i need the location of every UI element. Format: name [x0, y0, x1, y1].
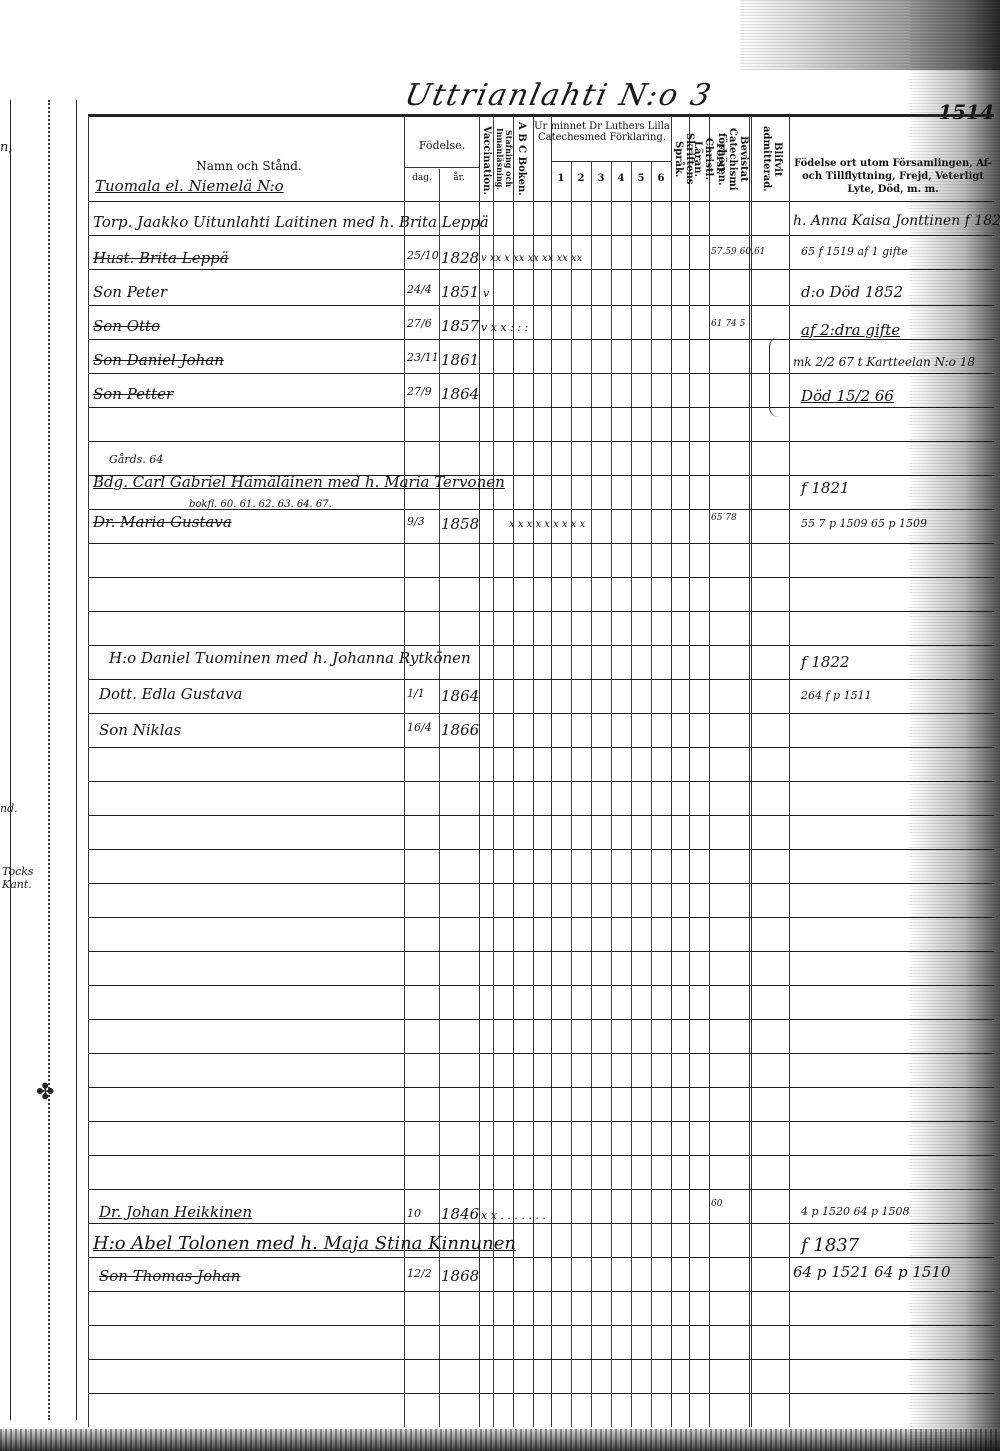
entry-birth-year: 1866	[441, 721, 479, 739]
row-rule	[89, 201, 994, 202]
entry-birth-day: 27/9	[407, 385, 432, 398]
scan-artifact-top	[740, 0, 1000, 70]
row-rule	[89, 883, 994, 884]
entry-examinations: 60	[711, 1199, 722, 1209]
row-rule	[89, 849, 994, 850]
row-rule	[89, 235, 994, 236]
col-header-vaccination: Vaccination.	[481, 123, 492, 197]
entry-birth-day: 25/10	[407, 249, 439, 262]
entry-birth-day: 10	[407, 1207, 421, 1220]
entry-birth-year: 1868	[441, 1267, 479, 1285]
row-rule	[89, 543, 994, 544]
entry-marks: x x . . . . . . .	[481, 1209, 546, 1222]
entry-birth-day: 12/2	[407, 1267, 432, 1280]
catechism-part-6: 6	[651, 173, 671, 184]
col-divider	[551, 117, 552, 1427]
row-rule	[89, 269, 994, 270]
entry-note: Gårds. 64	[109, 453, 163, 466]
entry-birth-year: 1864	[441, 385, 479, 403]
header-rule	[404, 167, 479, 168]
col-divider	[749, 117, 752, 1427]
row-rule	[89, 645, 994, 646]
row-rule	[89, 1359, 994, 1360]
row-rule	[89, 1087, 994, 1088]
catechism-part-3: 3	[591, 173, 611, 184]
col-divider	[513, 117, 514, 1427]
entry-remarks: 64 p 1521 64 p 1510	[793, 1263, 951, 1281]
margin-note: Tocks Kant.	[2, 865, 32, 891]
entry-note: bokfl. 60. 61. 62. 63. 64. 67.	[189, 499, 332, 510]
entry-remarks: 4 p 1520 64 p 1508	[801, 1205, 910, 1218]
entry-remarks: 55 7 p 1509 65 p 1509	[801, 517, 927, 530]
entry-name: H:o Daniel Tuominen med h. Johanna Rytkö…	[109, 649, 471, 667]
header-rule	[551, 161, 671, 162]
entry-remarks: f 1822	[801, 653, 850, 671]
row-rule	[89, 679, 994, 680]
catechism-part-2: 2	[571, 173, 591, 184]
col-divider	[651, 162, 652, 1427]
scan-artifact-bottom	[0, 1429, 1000, 1451]
household-heading: Tuomala el. Niemelä N:o	[95, 177, 284, 195]
row-rule	[89, 815, 994, 816]
col-header-examinations: Bevistat Catechismi förhören.	[716, 121, 749, 197]
binding-rule	[48, 100, 50, 1420]
entry-name: Son Niklas	[99, 721, 181, 739]
entry-remarks: f 1837	[801, 1235, 859, 1256]
entry-birth-year: 1857	[441, 317, 479, 335]
row-rule	[89, 1019, 994, 1020]
entry-examinations: 65 78	[711, 513, 737, 523]
catechism-part-1: 1	[551, 173, 571, 184]
col-header-year: år.	[441, 173, 477, 183]
entry-name: Hust. Brita Leppä	[93, 249, 229, 267]
row-rule	[89, 373, 994, 374]
margin-note: nd.	[0, 802, 18, 815]
col-header-catechism: Ur minnet Dr Luthers Lilla Catechesmed F…	[533, 121, 671, 143]
row-rule	[89, 1257, 994, 1258]
row-rule	[89, 611, 994, 612]
entry-remarks: d:o Död 1852	[801, 283, 903, 301]
entry-marks: v xx x xx xx xx xx xx	[481, 253, 582, 264]
row-rule	[89, 917, 994, 918]
col-divider	[533, 117, 534, 1427]
row-rule	[89, 1189, 994, 1190]
entry-name: Son Daniel Johan	[93, 351, 224, 369]
row-rule	[89, 1291, 994, 1292]
col-divider	[709, 117, 710, 1427]
ink-blot: ✤	[36, 1080, 54, 1105]
entry-name: Son Peter	[93, 283, 167, 301]
entry-examinations: 57.59 60.61	[711, 247, 765, 257]
col-header-day: dag.	[407, 173, 437, 183]
entry-remarks: mk 2/2 67 t Kartteelan N:o 18	[793, 355, 975, 369]
edge-rule	[10, 100, 11, 1420]
entry-birth-year: 1858	[441, 515, 479, 533]
edge-rule	[76, 100, 77, 1420]
entry-name: Son Petter	[93, 385, 173, 403]
entry-birth-year: 1861	[441, 351, 479, 369]
col-header-birth: Födelse.	[407, 139, 477, 152]
entry-remarks: 264 f p 1511	[801, 689, 872, 702]
entry-birth-day: 1/1	[407, 687, 425, 700]
entry-name: H:o Abel Tolonen med h. Maja Stina Kinnu…	[93, 1233, 516, 1254]
row-rule	[89, 747, 994, 748]
col-divider	[493, 117, 494, 1427]
entry-name: Torp. Jaakko Uitunlahti Laitinen med h. …	[93, 213, 489, 231]
entry-birth-day: 23/11	[407, 351, 439, 364]
entry-name: Son Otto	[93, 317, 160, 335]
row-rule	[89, 713, 994, 714]
col-header-name: Namn och Stånd.	[169, 159, 329, 173]
margin-note: n,	[0, 140, 13, 155]
entry-examinations: 61 74 5	[711, 319, 745, 329]
col-divider	[671, 117, 672, 1427]
entry-marks: v x x : : :	[481, 321, 528, 334]
entry-birth-day: 27/6	[407, 317, 432, 330]
entry-birth-year: 1851	[441, 283, 479, 301]
entry-name: Son Thomas Johan	[99, 1267, 240, 1285]
previous-page-edge: n, nd. Tocks Kant. ✤	[0, 100, 90, 1420]
entry-birth-day: 24/4	[407, 283, 432, 296]
col-header-reading: Stafning och Innanläsning.	[495, 121, 513, 197]
row-rule	[89, 577, 994, 578]
entry-remarks: af 2:dra gifte	[801, 321, 900, 339]
col-divider	[789, 117, 790, 1427]
catechism-part-5: 5	[631, 173, 651, 184]
entry-marks: x x x x x x x x x	[509, 519, 585, 530]
row-rule	[89, 339, 994, 340]
col-divider	[591, 162, 592, 1427]
entry-birth-year: 1828	[441, 249, 479, 267]
col-header-remarks: Födelse ort utom Församlingen, Af- och T…	[793, 157, 993, 196]
row-rule	[89, 951, 994, 952]
row-rule	[89, 1325, 994, 1326]
entry-birth-day: 9/3	[407, 515, 425, 528]
col-divider	[479, 117, 480, 1427]
row-rule	[89, 1121, 994, 1122]
register-table: Namn och Stånd. Födelse. dag. år. Vaccin…	[88, 114, 994, 1427]
entry-remarks: 65 f 1519 af 1 gifte	[801, 245, 908, 258]
row-rule	[89, 441, 994, 442]
entry-name: Dott. Edla Gustava	[99, 685, 242, 703]
row-rule	[89, 407, 994, 408]
entry-name: Dr. Johan Heikkinen	[99, 1203, 252, 1221]
col-divider	[689, 117, 690, 1427]
row-rule	[89, 781, 994, 782]
page-title: Uttrianlahti N:o 3	[401, 78, 716, 117]
col-divider	[404, 117, 405, 1427]
row-rule	[89, 1155, 994, 1156]
entry-birth-year: 1864	[441, 687, 479, 705]
row-rule	[89, 1053, 994, 1054]
catechism-part-4: 4	[611, 173, 631, 184]
row-rule	[89, 305, 994, 306]
col-divider	[571, 162, 572, 1427]
entry-remarks: Död 15/2 66	[801, 387, 894, 405]
col-header-communion: Blifvit admitterad.	[761, 121, 783, 197]
row-rule	[89, 1393, 994, 1394]
col-divider	[631, 162, 632, 1427]
entry-name: Bdg. Carl Gabriel Hämäläinen med h. Mari…	[93, 473, 505, 491]
col-divider	[611, 162, 612, 1427]
entry-birth-day: 16/4	[407, 721, 432, 734]
row-rule	[89, 1223, 994, 1224]
bracket-mark	[769, 337, 784, 417]
entry-birth-year: 1846	[441, 1205, 479, 1223]
entry-remarks: h. Anna Kaisa Jonttinen f 1828	[793, 213, 1000, 229]
entry-remarks: f 1821	[801, 479, 850, 497]
entry-marks: v	[483, 287, 489, 300]
entry-name: Dr. Maria Gustava	[93, 513, 232, 531]
col-header-abc: A B C Boken.	[516, 121, 527, 197]
row-rule	[89, 985, 994, 986]
